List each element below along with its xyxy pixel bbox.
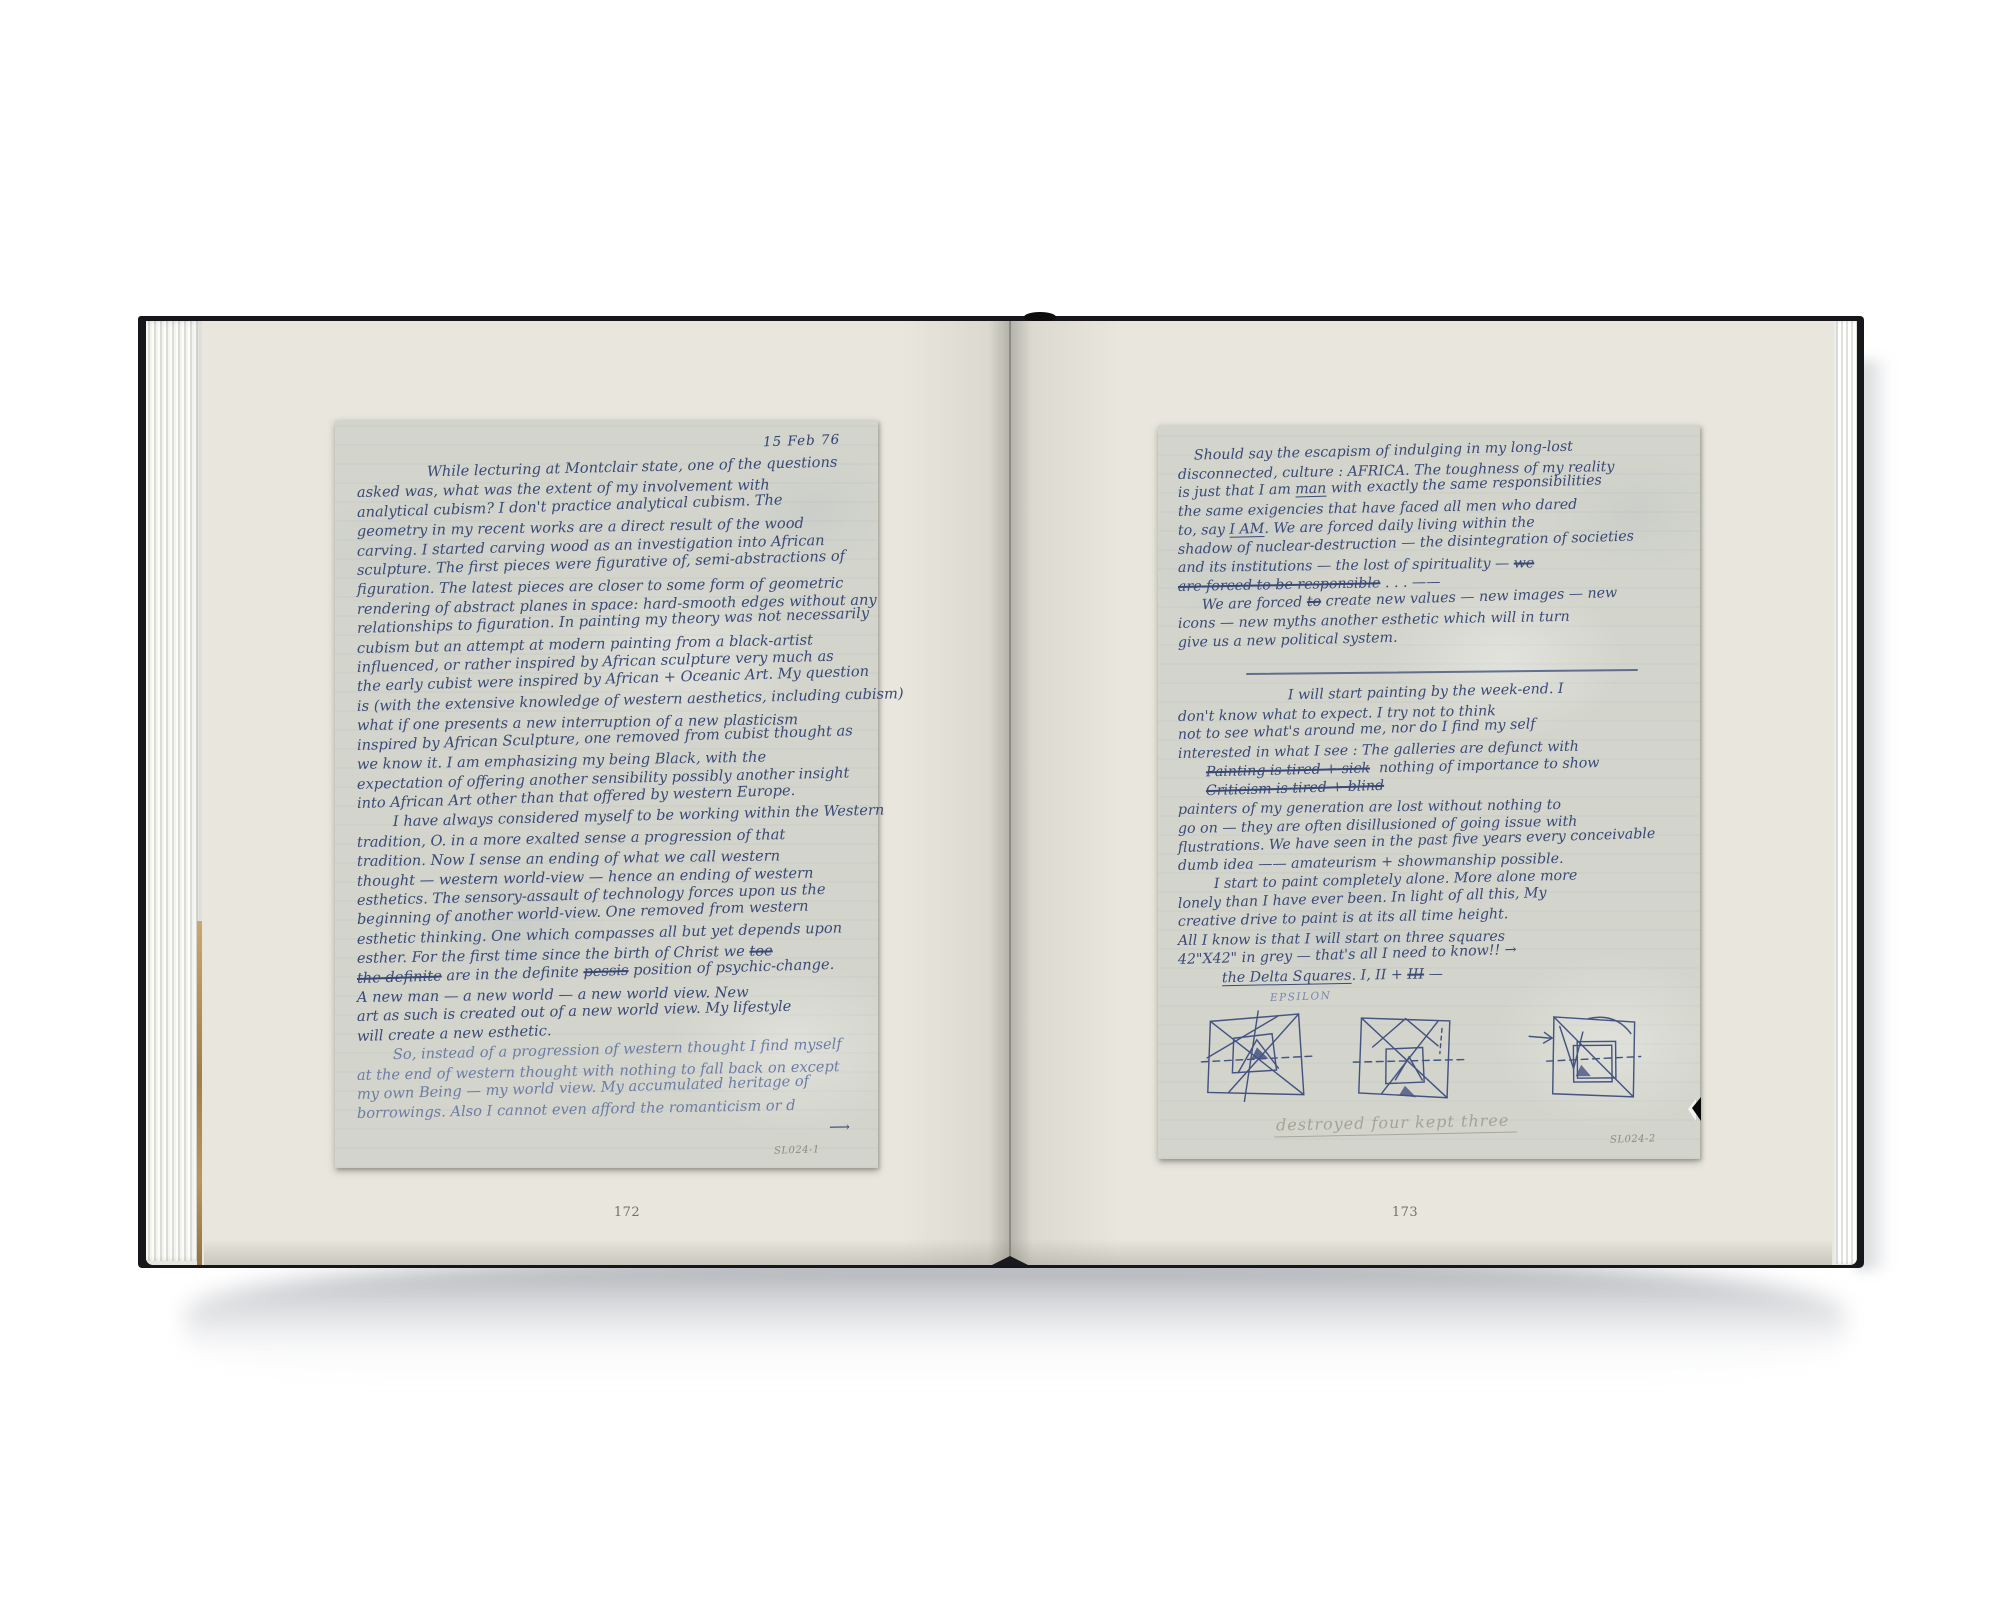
epsilon-label: EPSILON [1270,990,1332,1004]
handwriting-segment: are in the definite [441,963,583,984]
book: 15 Feb 76 While lecturing at Montclair s… [138,316,1864,1268]
left-fore-edge [146,321,202,1261]
left-sheet-handwriting: While lecturing at Montclair state, one … [357,464,870,1143]
handwriting-segment: the definite [357,967,442,987]
handwriting-segment: pessis [583,962,629,980]
aged-page-edge [197,921,202,1265]
delta-squares-sketches [1200,1009,1644,1105]
journal-sheet-right: Should say the escapism of indulging in … [1158,425,1700,1159]
handwriting-segment: is just that I am [1178,482,1296,501]
journal-sheet-left: 15 Feb 76 While lecturing at Montclair s… [335,420,878,1168]
right-page-edges [1833,321,1857,1264]
handwriting-segment: Criticism is tired + blind [1206,777,1385,798]
handwriting-segment: We are forced [1202,594,1307,613]
handwriting-segment: the Delta Squares [1222,967,1352,985]
handwriting-segment: give us a new political system. [1178,630,1398,651]
paper-tear-shadow [1692,1097,1701,1121]
right-sheet-handwriting-top: Should say the escapism of indulging in … [1178,447,1690,653]
gutter-crease [1009,321,1011,1265]
right-sheet-handwriting-bottom: I will start painting by the week-end. I… [1178,689,1690,988]
handwriting-segment: . I, II + [1351,966,1407,983]
handwriting-segment: III [1407,966,1424,982]
handwriting-segment: I will start painting by the week-end. I [1288,681,1564,703]
handwriting-segment: to, say [1178,522,1230,539]
book-shadow [185,1256,1845,1396]
page-number-left: 172 [557,1205,697,1220]
book-pages: 15 Feb 76 While lecturing at Montclair s… [146,321,1857,1265]
pencil-note: destroyed four kept three [1274,1110,1518,1137]
archive-code-right: SL024-2 [1610,1133,1656,1146]
handwriting-segment: I AM [1229,521,1264,538]
archive-code-left: SL024-1 [774,1144,820,1157]
delta-square-sketch-3 [1526,1008,1645,1105]
handwriting-segment: — [1424,966,1443,982]
handwriting-segment: ⟶ [829,1118,850,1135]
paper-tear [1687,1097,1701,1123]
page-number-right: 173 [1335,1205,1475,1220]
delta-square-sketch-2 [1352,1008,1471,1105]
handdrawn-divider [1246,669,1638,675]
handwriting-segment: to [1307,593,1322,609]
handwriting-segment: we [1514,556,1535,572]
delta-square-sketch-1 [1199,1008,1319,1106]
book-spread-photo: 15 Feb 76 While lecturing at Montclair s… [0,0,2000,1600]
journal-date: 15 Feb 76 [763,432,841,451]
handwriting-segment: man [1295,481,1327,498]
